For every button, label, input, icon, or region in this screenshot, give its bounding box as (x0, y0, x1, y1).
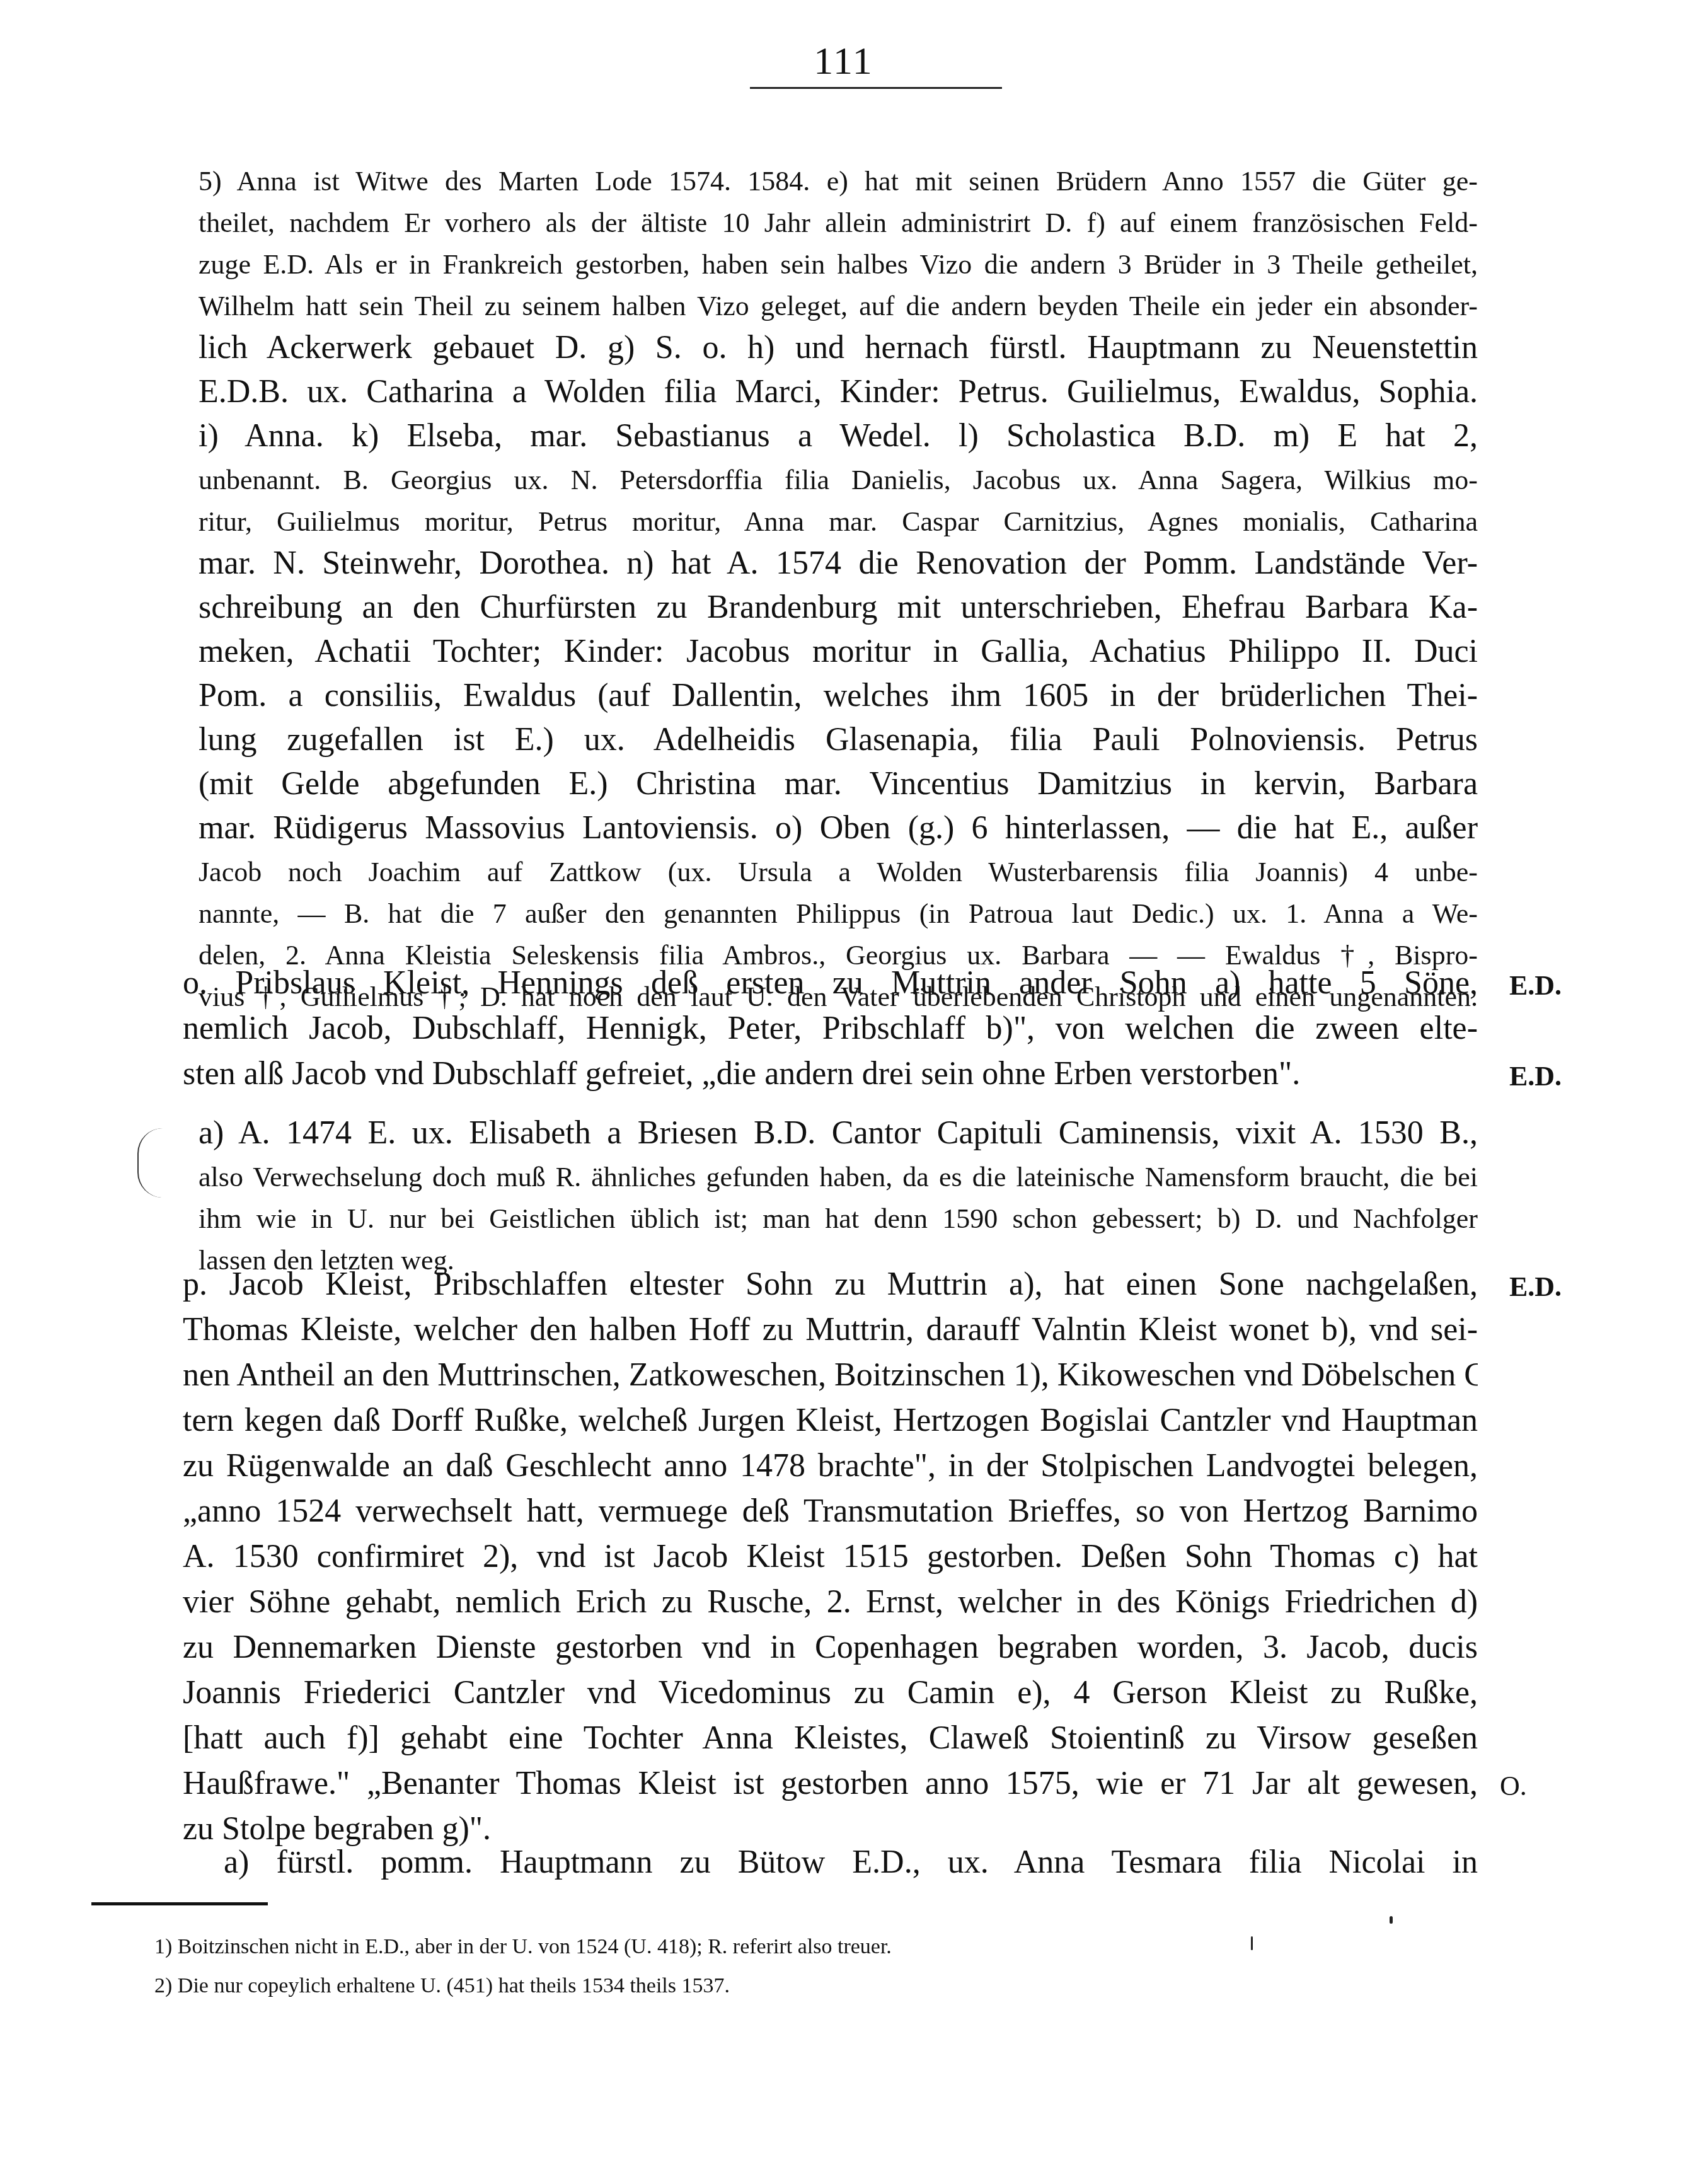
margin-siglum: E.D. (1509, 969, 1562, 1002)
section-p-line: Joannis Friederici Cantzler vnd Vicedomi… (183, 1674, 1478, 1712)
page-number-rule (750, 87, 1002, 89)
scan-speck (1390, 1916, 1393, 1924)
note-line: theilet, nachdem Er vorhero als der älti… (199, 204, 1478, 242)
note-line: nannte, — B. hat die 7 außer den genannt… (199, 895, 1478, 933)
section-p-line: A. 1530 confirmiret 2), vnd ist Jacob Kl… (183, 1538, 1478, 1576)
note-line: E.D.B. ux. Catharina a Wolden filia Marc… (199, 373, 1478, 411)
margin-siglum: O. (1500, 1770, 1527, 1802)
section-p-line: „anno 1524 verwechselt hatt, vermuege de… (183, 1493, 1478, 1530)
note-line: a) A. 1474 E. ux. Elisabeth a Briesen B.… (199, 1114, 1478, 1152)
section-o-line: o. Pribslaus Kleist, Hennings deß ersten… (183, 964, 1478, 1002)
margin-siglum: E.D. (1509, 1060, 1562, 1092)
section-o-line: sten alß Jacob vnd Dubschlaff gefreiet, … (183, 1055, 1478, 1093)
scan-speck (1251, 1936, 1253, 1950)
section-p-line: vier Söhne gehabt, nemlich Erich zu Rusc… (183, 1583, 1478, 1621)
note-line: also Verwechselung doch muß R. ähnliches… (199, 1158, 1478, 1196)
note-line: unbenannt. B. Georgius ux. N. Petersdorf… (199, 461, 1478, 499)
note-line: meken, Achatii Tochter; Kinder: Jacobus … (199, 633, 1478, 671)
section-p-line: zu Rügenwalde an daß Geschlecht anno 147… (183, 1447, 1478, 1485)
section-o-line: nemlich Jacob, Dubschlaff, Hennigk, Pete… (183, 1010, 1478, 1048)
note-line: schreibung an den Churfürsten zu Branden… (199, 589, 1478, 627)
note-line: lich Ackerwerk gebauet D. g) S. o. h) un… (199, 329, 1478, 367)
section-p-line: Thomas Kleiste, welcher den halben Hoff … (183, 1311, 1478, 1349)
section-p-line: zu Dennemarken Dienste gestorben vnd in … (183, 1629, 1478, 1667)
margin-siglum: E.D. (1509, 1271, 1562, 1303)
handwritten-bracket-mark (137, 1128, 164, 1198)
note-line: zuge E.D. Als er in Frankreich gestorben… (199, 246, 1478, 284)
footnote-1: 1) Boitzinschen nicht in E.D., aber in d… (154, 1935, 892, 1959)
note-line: ritur, Guilielmus moritur, Petrus moritu… (199, 503, 1478, 541)
footnote-2: 2) Die nur copeylich erhaltene U. (451) … (154, 1974, 730, 1998)
note-line: Wilhelm hatt sein Theil zu seinem halben… (199, 287, 1478, 325)
section-p-line: tern kegen daß Dorff Rußke, welcheß Jurg… (183, 1402, 1478, 1440)
note-line: i) Anna. k) Elseba, mar. Sebastianus a W… (199, 417, 1478, 455)
note-line: lung zugefallen ist E.) ux. Adelheidis G… (199, 721, 1478, 759)
note-line: Pom. a consiliis, Ewaldus (auf Dallentin… (199, 677, 1478, 715)
section-p-line: [hatt auch f)] gehabt eine Tochter Anna … (183, 1719, 1478, 1757)
note-line: ihm wie in U. nur bei Geistlichen üblich… (199, 1200, 1478, 1238)
note-line: a) fürstl. pomm. Hauptmann zu Bütow E.D.… (199, 1844, 1478, 1881)
section-p-line: Haußfrawe." „Benanter Thomas Kleist ist … (183, 1765, 1478, 1803)
page-number: 111 (0, 39, 1687, 84)
section-p-line: p. Jacob Kleist, Pribschlaffen eltester … (183, 1266, 1478, 1303)
note-line: (mit Gelde abgefunden E.) Christina mar.… (199, 765, 1478, 803)
note-line: mar. N. Steinwehr, Dorothea. n) hat A. 1… (199, 545, 1478, 582)
section-p-line: nen Antheil an den Muttrinschen, Zatkowe… (183, 1356, 1478, 1394)
section-p-line: zu Stolpe begraben g)". (183, 1810, 1478, 1848)
footnote-rule (91, 1902, 268, 1905)
note-line: mar. Rüdigerus Massovius Lantoviensis. o… (199, 809, 1478, 847)
note-line: 5) Anna ist Witwe des Marten Lode 1574. … (199, 163, 1478, 200)
note-line: Jacob noch Joachim auf Zattkow (ux. Ursu… (199, 853, 1478, 891)
